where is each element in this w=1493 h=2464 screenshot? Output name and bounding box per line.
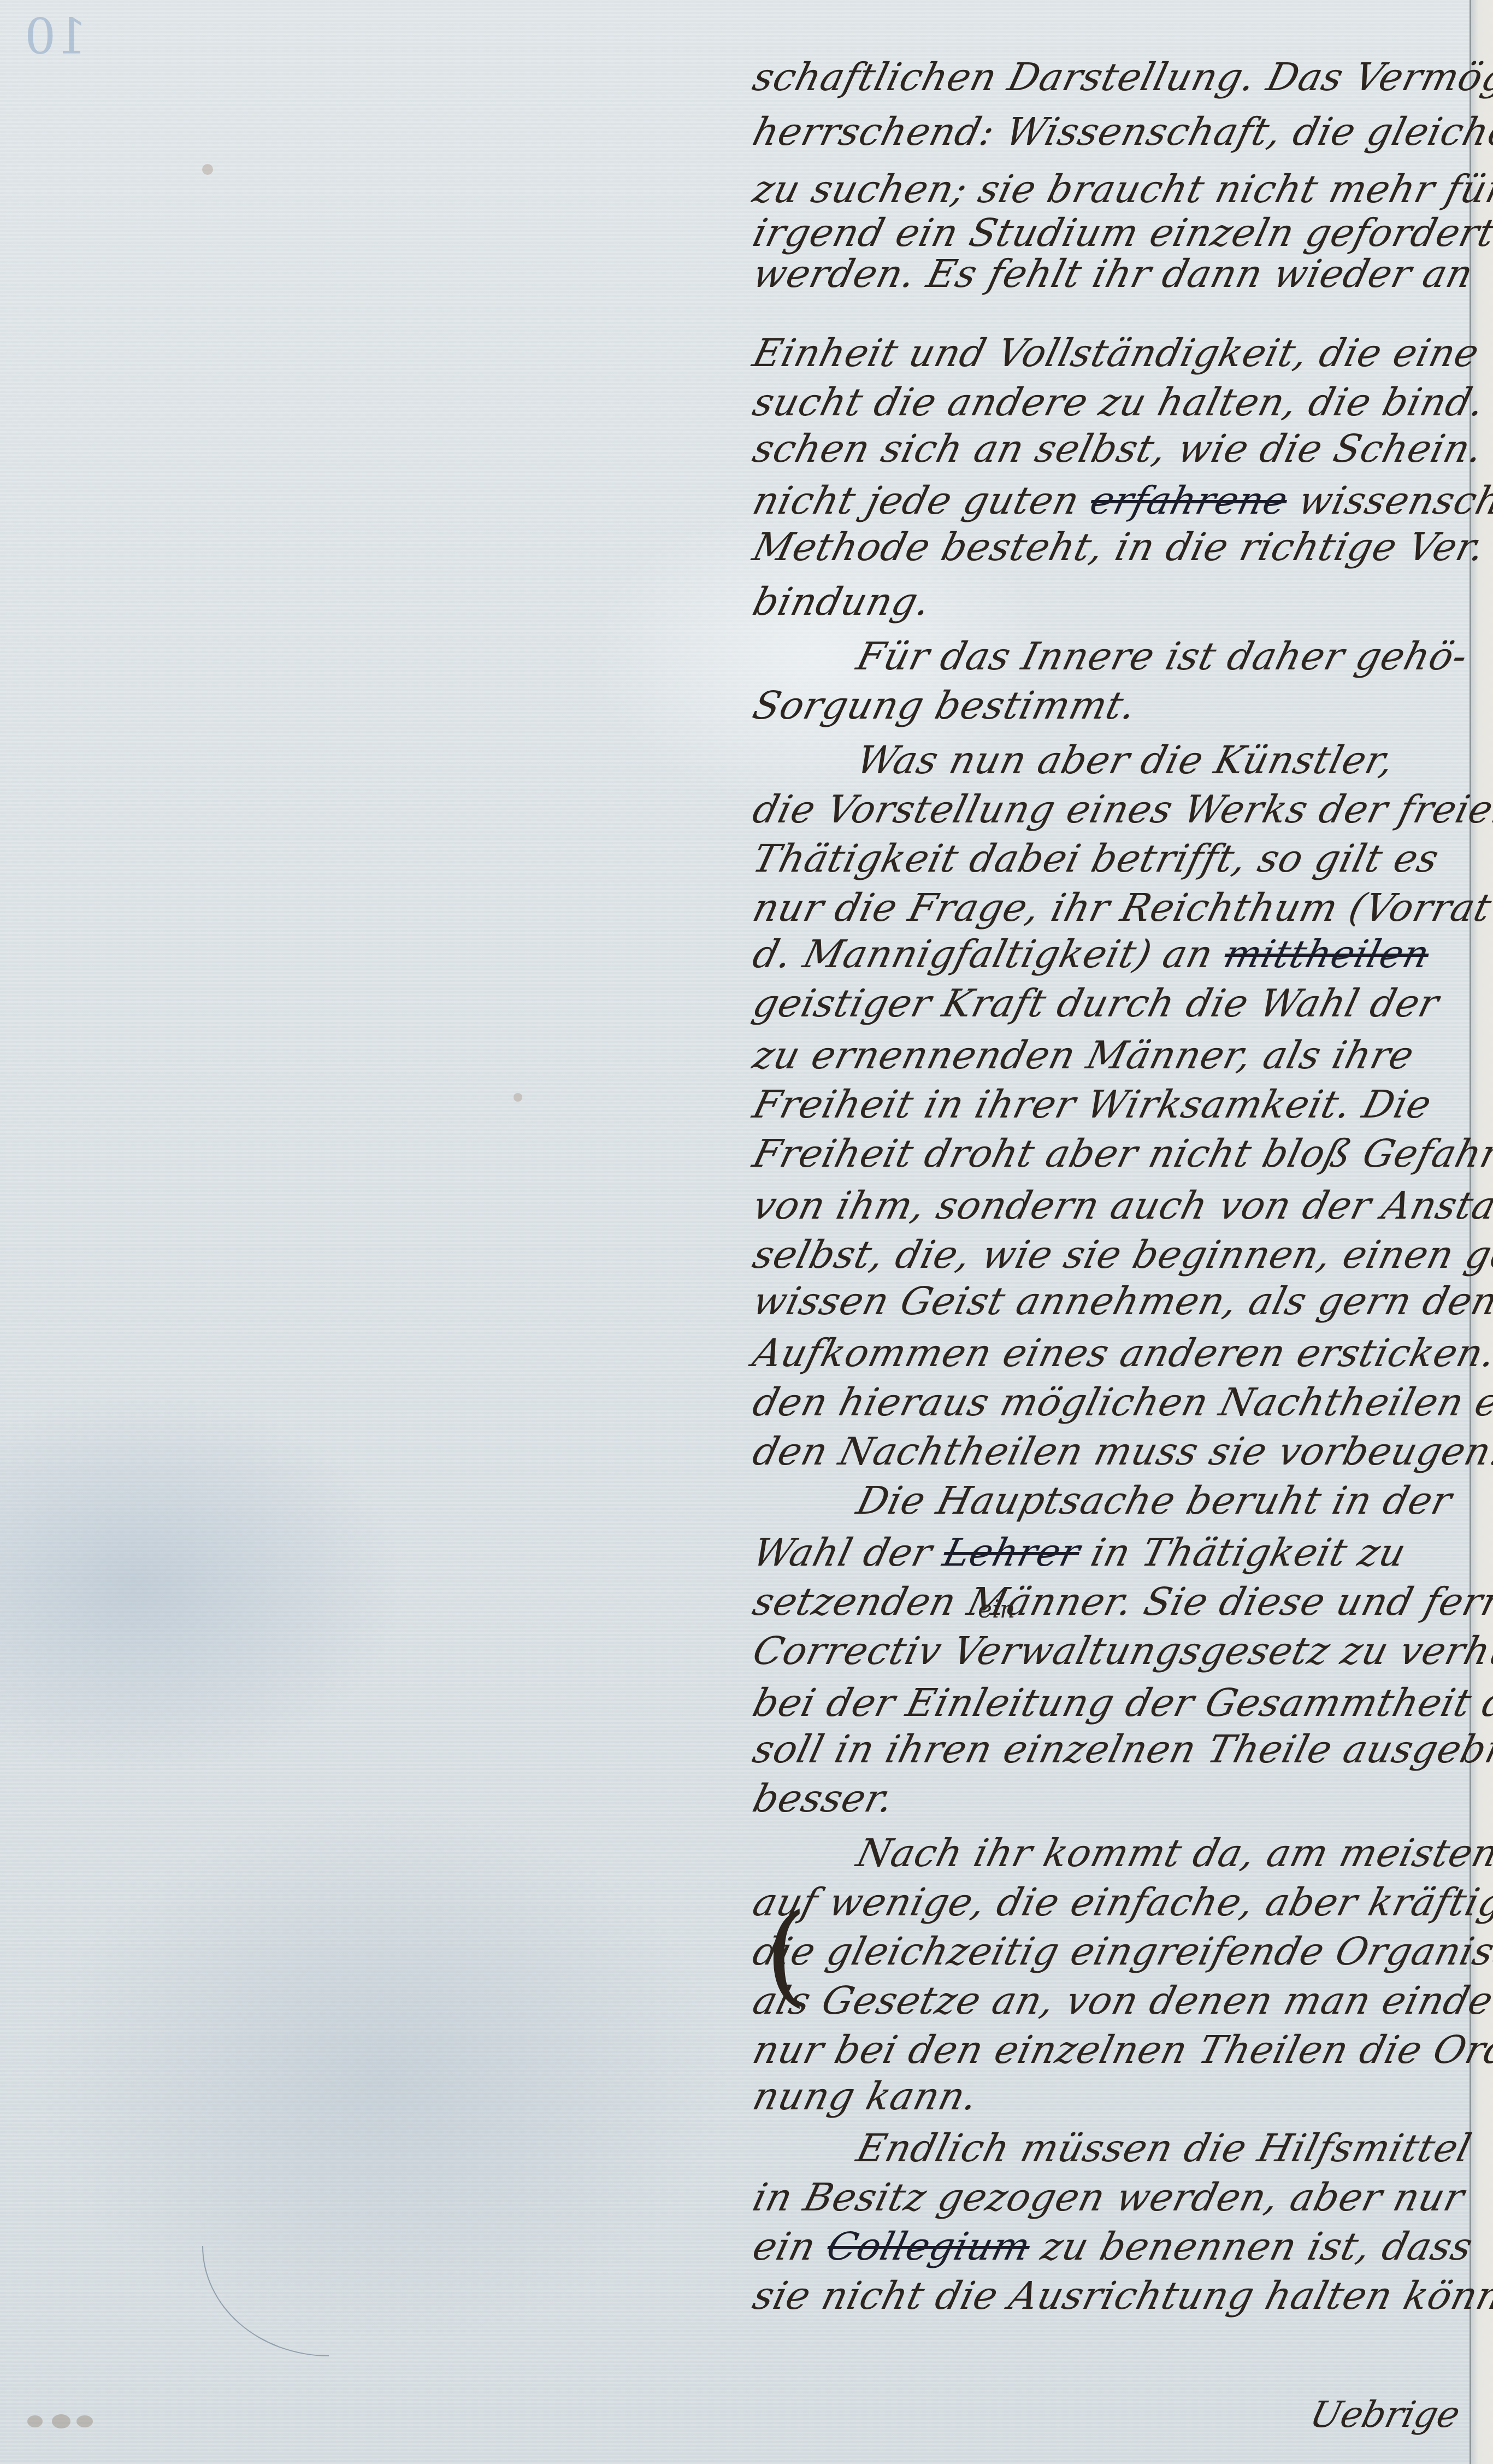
text-line: Freiheit droht aber nicht bloß Gefahr	[748, 1131, 1493, 1176]
text-fragment: d. Mannigfaltigkeit) an	[748, 932, 1218, 977]
text-line: bei der Einleitung der Gesammtheit diese…	[748, 1680, 1493, 1725]
foxing-spot	[202, 164, 213, 175]
text-fragment: Wahl der	[748, 1530, 937, 1575]
struck-word: Collegium	[822, 2224, 1035, 2269]
text-line: nicht jede guten erfahrene wissenschaftl…	[748, 478, 1493, 523]
bleed-through-page-number: 10	[25, 8, 87, 66]
text-line: von ihm, sondern auch von der Anstalt	[748, 1183, 1493, 1228]
text-line: Was nun aber die Künstler,	[852, 738, 1399, 783]
text-fragment: zu benennen ist, dass	[1037, 2224, 1478, 2269]
text-line: geistiger Kraft durch die Wahl der	[748, 981, 1444, 1026]
ink-stain	[76, 2415, 93, 2427]
text-line: selbst, die, wie sie beginnen, einen ge-	[748, 1232, 1493, 1277]
text-line: in Besitz gezogen werden, aber nur	[748, 2175, 1469, 2220]
text-line: Freiheit in ihrer Wirksamkeit. Die	[748, 1082, 1436, 1127]
text-line: Nach ihr kommt da, am meisten	[852, 1831, 1493, 1875]
text-line: Aufkommen eines anderen ersticken. Auch	[748, 1331, 1493, 1375]
text-line: Einheit und Vollständigkeit, die eine	[748, 331, 1484, 375]
text-line: nur bei den einzelnen Theilen die Ord-	[748, 2027, 1493, 2072]
text-line: irgend ein Studium einzeln gefordert zu	[748, 210, 1493, 255]
text-line: den Nachtheilen muss sie vorbeugen.	[748, 1429, 1493, 1474]
text-line: Sorgung bestimmt.	[748, 683, 1141, 728]
text-line: werden. Es fehlt ihr dann wieder an	[748, 251, 1478, 296]
text-line: Die Hauptsache beruht in der	[852, 1478, 1457, 1523]
text-fragment: wissenschaftliche	[1294, 478, 1493, 523]
text-line: sie nicht die Ausrichtung halten können,	[748, 2273, 1493, 2318]
text-line: schen sich an selbst, wie die Schein.	[748, 426, 1488, 471]
text-line: herrschend: Wissenschaft, die gleiche,	[748, 109, 1493, 154]
text-line: soll in ihren einzelnen Theile ausgebr.	[748, 1727, 1493, 1772]
interlinear-insertion: ein	[978, 1596, 1015, 1624]
text-line: Methode besteht, in die richtige Ver.	[748, 525, 1490, 569]
text-fragment: in Thätigkeit zu	[1087, 1530, 1411, 1575]
text-fragment: nicht jede guten	[748, 478, 1084, 523]
text-line: nung kann.	[748, 2074, 983, 2119]
text-line: wissen Geist annehmen, als gern den	[748, 1279, 1493, 1324]
text-fragment: ein	[748, 2224, 821, 2269]
text-fragment: Correctiv	[748, 1628, 947, 1673]
ink-stain	[52, 2414, 70, 2428]
text-line: Endlich müssen die Hilfsmittel	[852, 2126, 1476, 2171]
text-line: ein Collegium zu benennen ist, dass	[748, 2224, 1478, 2269]
struck-word: Lehrer	[939, 1530, 1085, 1575]
text-line: auf wenige, die einfache, aber kräftige,	[748, 1880, 1493, 1925]
text-fragment: Verwaltungsgesetz zu verhüten, und	[948, 1628, 1493, 1673]
text-line: nur die Frage, ihr Reichthum (Vorrat	[748, 885, 1493, 930]
text-line: d. Mannigfaltigkeit) an mittheilen	[748, 932, 1435, 977]
catchword: Uebrige	[1306, 2394, 1464, 2436]
foxing-spot	[514, 1093, 522, 1102]
text-line: als Gesetze an, von denen man eindeutig	[748, 1978, 1493, 2023]
text-line: Für das Innere ist daher gehö-	[852, 634, 1472, 679]
text-line: den hieraus möglichen Nachtheilen entspr…	[748, 1380, 1493, 1425]
text-line: zu ernennenden Männer, als ihre	[748, 1033, 1419, 1078]
ink-stain	[27, 2415, 43, 2427]
text-line: Thätigkeit dabei betrifft, so gilt es	[748, 836, 1444, 881]
struck-word: erfahrene	[1086, 478, 1293, 523]
text-line: Correctiv Verwaltungsgesetz zu verhüten,…	[748, 1628, 1493, 1673]
text-line: besser.	[748, 1776, 899, 1821]
text-line: Wahl der Lehrer in Thätigkeit zu	[748, 1530, 1411, 1575]
text-line: bindung.	[748, 579, 936, 624]
text-line: zu suchen; sie braucht nicht mehr für	[748, 167, 1493, 211]
text-line: die Vorstellung eines Werks der freien	[748, 787, 1493, 832]
struck-word: mittheilen	[1219, 932, 1434, 977]
text-line: setzenden Männer. Sie diese und ferner	[748, 1579, 1493, 1624]
text-line: schaftlichen Darstellung. Das Vermögen	[748, 55, 1493, 99]
text-line: die gleichzeitig eingreifende Organisati…	[748, 1929, 1493, 1974]
text-line: sucht die andere zu halten, die bind.	[748, 380, 1490, 425]
